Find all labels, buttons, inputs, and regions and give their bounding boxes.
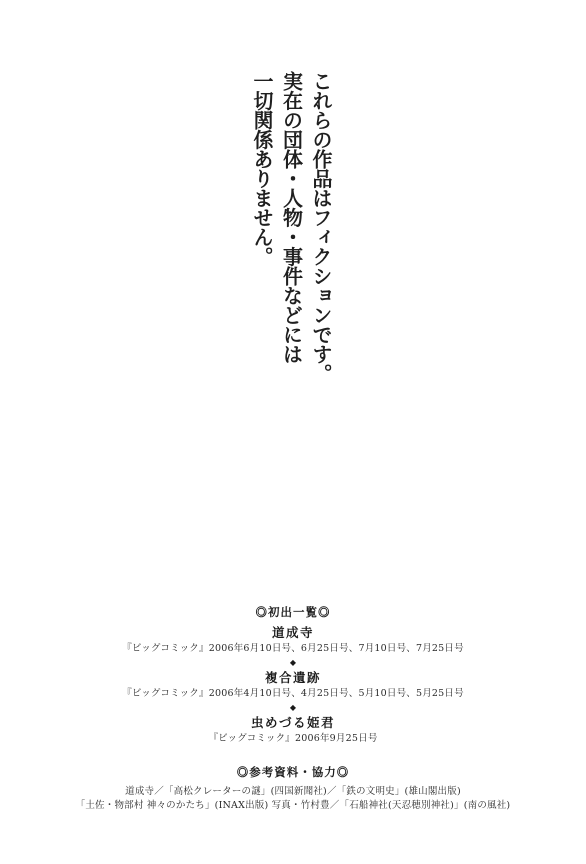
first-publication-entry: 虫めづる姫君 『ビッグコミック』2006年9月25日号 [0,716,586,745]
fiction-disclaimer-vertical-text: これらの作品はフィクションです。 実在の団体・人物・事件などには 一切関係ありま… [247,71,336,391]
first-publication-entry: 複合遺跡 『ビッグコミック』2006年4月10日号、4月25日号、5月10日号、… [0,671,586,700]
publication-issues: 『ビッグコミック』2006年6月10日号、6月25日号、7月10日号、7月25日… [0,642,586,655]
publication-issues: 『ビッグコミック』2006年9月25日号 [0,732,586,745]
credits-block: ◎初出一覧◎ 道成寺 『ビッグコミック』2006年6月10日号、6月25日号、7… [0,606,586,813]
disclaimer-line-2: 実在の団体・人物・事件などには [276,71,306,391]
disclaimer-line-1: これらの作品はフィクションです。 [306,71,336,391]
work-title: 複合遺跡 [0,671,586,686]
work-title: 道成寺 [0,626,586,641]
first-publication-entry: 道成寺 『ビッグコミック』2006年6月10日号、6月25日号、7月10日号、7… [0,626,586,655]
reference-line: 道成寺／「高松クレーターの謎」(四国新聞社)／「鉄の文明史」(雄山閣出版) [0,785,586,799]
reference-line: 「土佐・物部村 神々のかたち」(INAX出版) 写真・竹村豊／「石船神社(天忍穂… [0,799,586,813]
diamond-separator-icon: ◆ [0,657,586,669]
work-title: 虫めづる姫君 [0,716,586,731]
references-header: ◎参考資料・協力◎ [0,766,586,780]
publication-issues: 『ビッグコミック』2006年4月10日号、4月25日号、5月10日号、5月25日… [0,687,586,700]
manga-disclaimer-page: これらの作品はフィクションです。 実在の団体・人物・事件などには 一切関係ありま… [0,0,586,864]
first-publication-header: ◎初出一覧◎ [0,606,586,620]
diamond-separator-icon: ◆ [0,702,586,714]
disclaimer-line-3: 一切関係ありません。 [247,71,277,391]
